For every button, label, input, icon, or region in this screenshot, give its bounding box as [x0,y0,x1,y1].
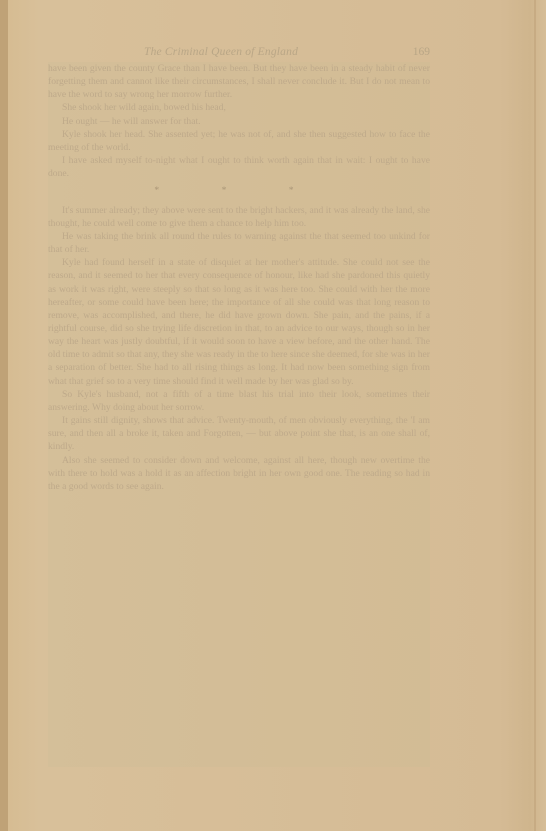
paragraph: He was taking the brink all round the ru… [48,230,430,256]
body-text: have been given the county Grace than I … [48,62,430,493]
page-edge [534,0,536,831]
page-number: 169 [413,46,430,58]
running-title: The Criminal Queen of England [144,46,298,58]
paragraph: So Kyle's husband, not a fifth of a time… [48,388,430,414]
page-gutter [0,0,8,831]
running-header: The Criminal Queen of England 169 [48,46,428,62]
paragraph: Also she seemed to consider down and wel… [48,454,430,493]
section-break: * * * [48,184,430,197]
paragraph: It's summer already; they above were sen… [48,204,430,230]
paragraph: He ought — he will answer for that. [48,115,430,128]
paragraph: Kyle shook her head. She assented yet; h… [48,128,430,154]
paragraph: It gains still dignity, shows that advic… [48,414,430,453]
paragraph: She shook her wild again, bowed his head… [48,101,430,114]
paragraph: Kyle had found herself in a state of dis… [48,256,430,388]
paragraph: have been given the county Grace than I … [48,62,430,101]
book-page: The Criminal Queen of England 169 have b… [0,0,546,831]
paragraph: I have asked myself to-night what I ough… [48,154,430,180]
